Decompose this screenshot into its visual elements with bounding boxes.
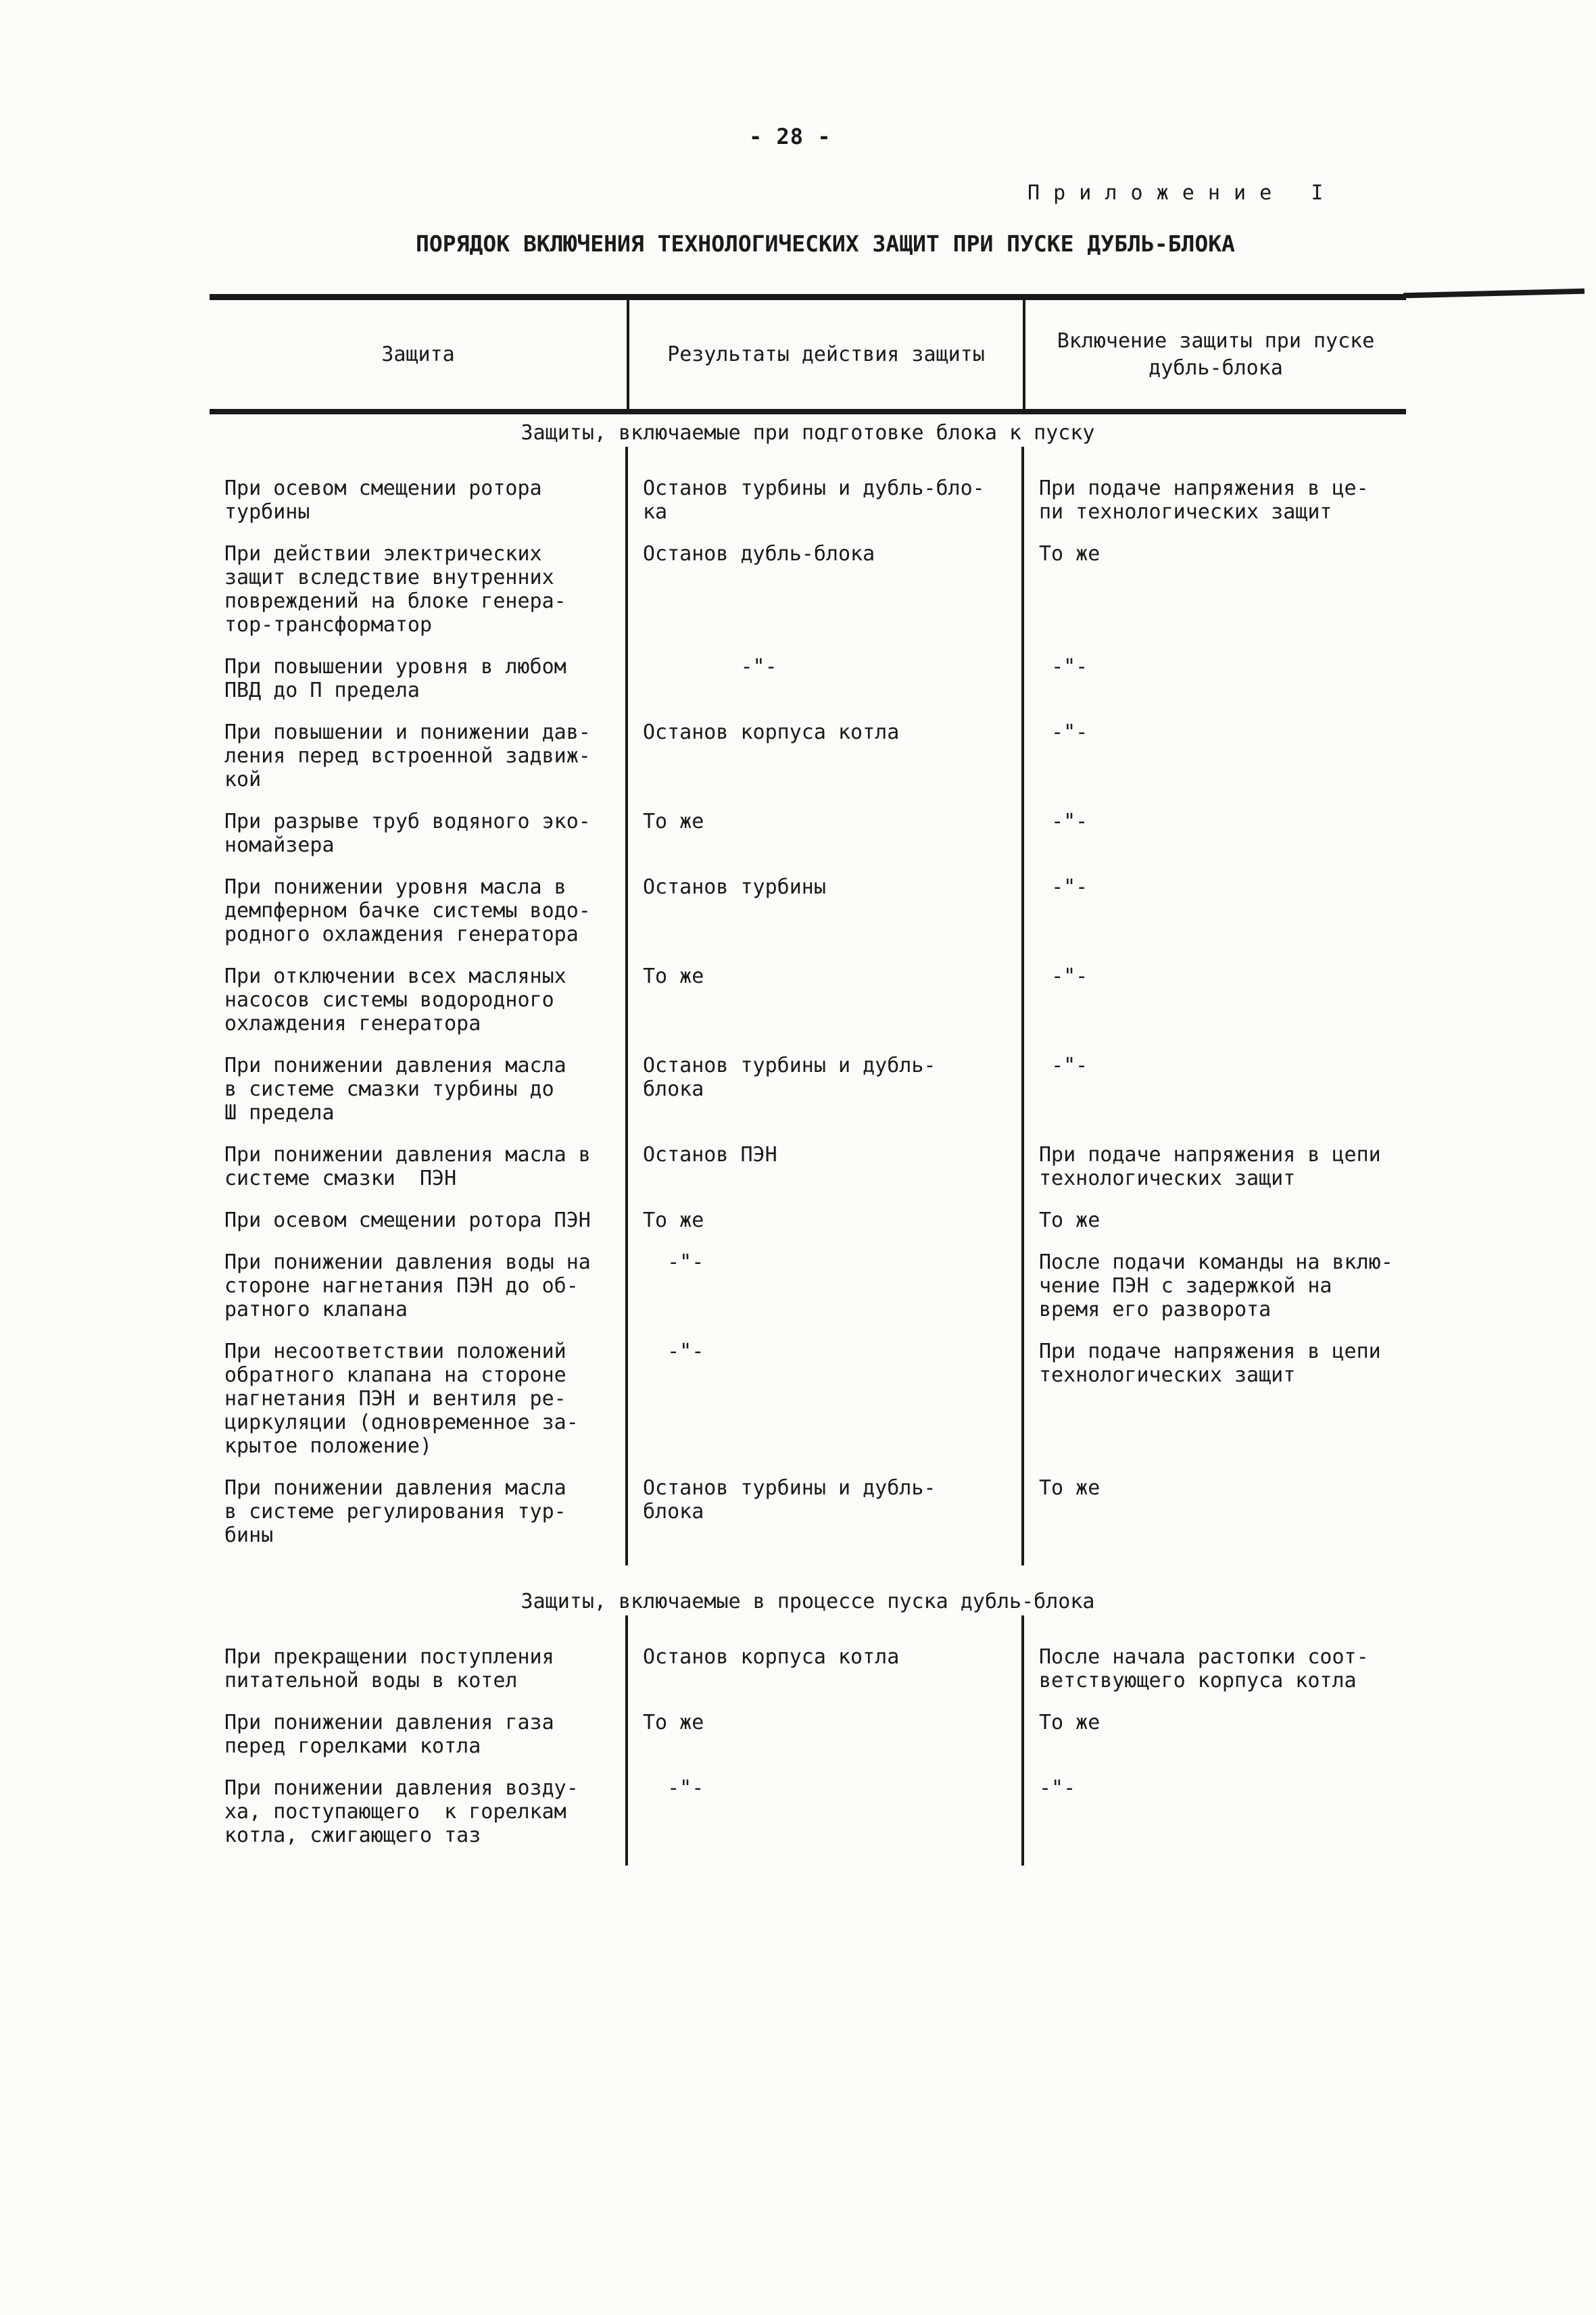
table-cell: При понижении давления масла в системе с…: [210, 1054, 627, 1143]
document-title: ПОРЯДОК ВКЛЮЧЕНИЯ ТЕХНОЛОГИЧЕСКИХ ЗАЩИТ …: [416, 230, 1254, 257]
table-cell: При понижении давления масла в системе р…: [210, 1476, 627, 1565]
table-cell: При понижении давления возду- ха, поступ…: [210, 1776, 627, 1866]
table-cell: При понижении давления газа перед горелк…: [210, 1711, 627, 1776]
table-cell: Останов корпуса котла: [627, 721, 1023, 810]
table-cell: Останов дубль-блока: [627, 542, 1023, 655]
table-cell: Останов турбины и дубль- блока: [627, 1476, 1023, 1565]
table-cell: При осевом смещении ротора ПЭН: [210, 1209, 627, 1250]
table-header-cell-activation: Включение защиты при пуске дубль-блока: [1023, 300, 1406, 409]
section-title: Защиты, включаемые в процессе пуска дубл…: [210, 1590, 1406, 1614]
table-cell: То же: [627, 810, 1023, 875]
table-cell: То же: [1023, 542, 1406, 655]
table-header-cell-result: Результаты действия защиты: [627, 300, 1023, 409]
table-cell: -"-: [1023, 875, 1406, 965]
table-cell: -"-: [627, 1250, 1023, 1340]
table-cell: То же: [1023, 1476, 1406, 1565]
column-rule: [1021, 1615, 1024, 1866]
table-body: Защиты, включаемые при подготовке блока …: [210, 421, 1406, 1890]
table-cell: Останов турбины и дубль- блока: [627, 1054, 1023, 1143]
table-cell: При понижении давления масла в системе с…: [210, 1143, 627, 1209]
table-cell: При прекращении поступления питательной …: [210, 1645, 627, 1711]
column-rule: [625, 1615, 628, 1866]
table-cell: При отключении всех масляных насосов сис…: [210, 965, 627, 1054]
table-cell: При понижении уровня масла в демпферном …: [210, 875, 627, 965]
appendix-label: П р и л о ж е н и е I: [1027, 181, 1324, 205]
table-cell: При понижении давления воды на стороне н…: [210, 1250, 627, 1340]
table-header-cell-protection: Защита: [210, 300, 627, 409]
table-cell: -"-: [627, 655, 1023, 721]
column-rule: [625, 447, 628, 1565]
table-cell: -"-: [627, 1776, 1023, 1866]
table-cell: После начала растопки соот- ветствующего…: [1023, 1645, 1406, 1711]
table-cell: -"-: [1023, 965, 1406, 1054]
table-cell: То же: [627, 965, 1023, 1054]
table-cell: -"-: [1023, 655, 1406, 721]
table-cell: При повышении и понижении дав- ления пер…: [210, 721, 627, 810]
table-cell: Останов корпуса котла: [627, 1645, 1023, 1711]
table-cell: Останов турбины и дубль-бло- ка: [627, 477, 1023, 542]
table-cell: -"-: [1023, 1054, 1406, 1143]
table-cell: При осевом смещении ротора турбины: [210, 477, 627, 542]
table-cell: При подаче напряжения в це- пи технологи…: [1023, 477, 1406, 542]
table-section: При прекращении поступления питательной …: [210, 1645, 1406, 1866]
scan-line-artifact: [1403, 289, 1585, 299]
table-header-row: Защита Результаты действия защиты Включе…: [210, 294, 1406, 414]
table-cell: То же: [1023, 1711, 1406, 1776]
table-cell: То же: [1023, 1209, 1406, 1250]
table-cell: -"-: [1023, 721, 1406, 810]
table-cell: -"-: [627, 1340, 1023, 1476]
table-cell: -"-: [1023, 1776, 1406, 1866]
table-cell: -"-: [1023, 810, 1406, 875]
table-cell: Останов турбины: [627, 875, 1023, 965]
table-cell: Останов ПЭН: [627, 1143, 1023, 1209]
section-title: Защиты, включаемые при подготовке блока …: [210, 421, 1406, 445]
table-cell: При повышении уровня в любом ПВД до П пр…: [210, 655, 627, 721]
table-cell: При действии электрических защит вследст…: [210, 542, 627, 655]
table-cell: При разрыве труб водяного эко- номайзера: [210, 810, 627, 875]
table-cell: При подаче напряжения в цепи технологиче…: [1023, 1143, 1406, 1209]
table-section: При осевом смещении ротора турбиныОстано…: [210, 477, 1406, 1565]
page-number: - 28 -: [749, 124, 831, 149]
document-page: - 28 - П р и л о ж е н и е I ПОРЯДОК ВКЛ…: [0, 0, 1596, 2315]
table-cell: При несоответствии положений обратного к…: [210, 1340, 627, 1476]
table-cell: То же: [627, 1209, 1023, 1250]
table-cell: При подаче напряжения в цепи технологиче…: [1023, 1340, 1406, 1476]
column-rule: [1021, 447, 1024, 1565]
table-cell: После подачи команды на вклю- чение ПЭН …: [1023, 1250, 1406, 1340]
table-cell: То же: [627, 1711, 1023, 1776]
